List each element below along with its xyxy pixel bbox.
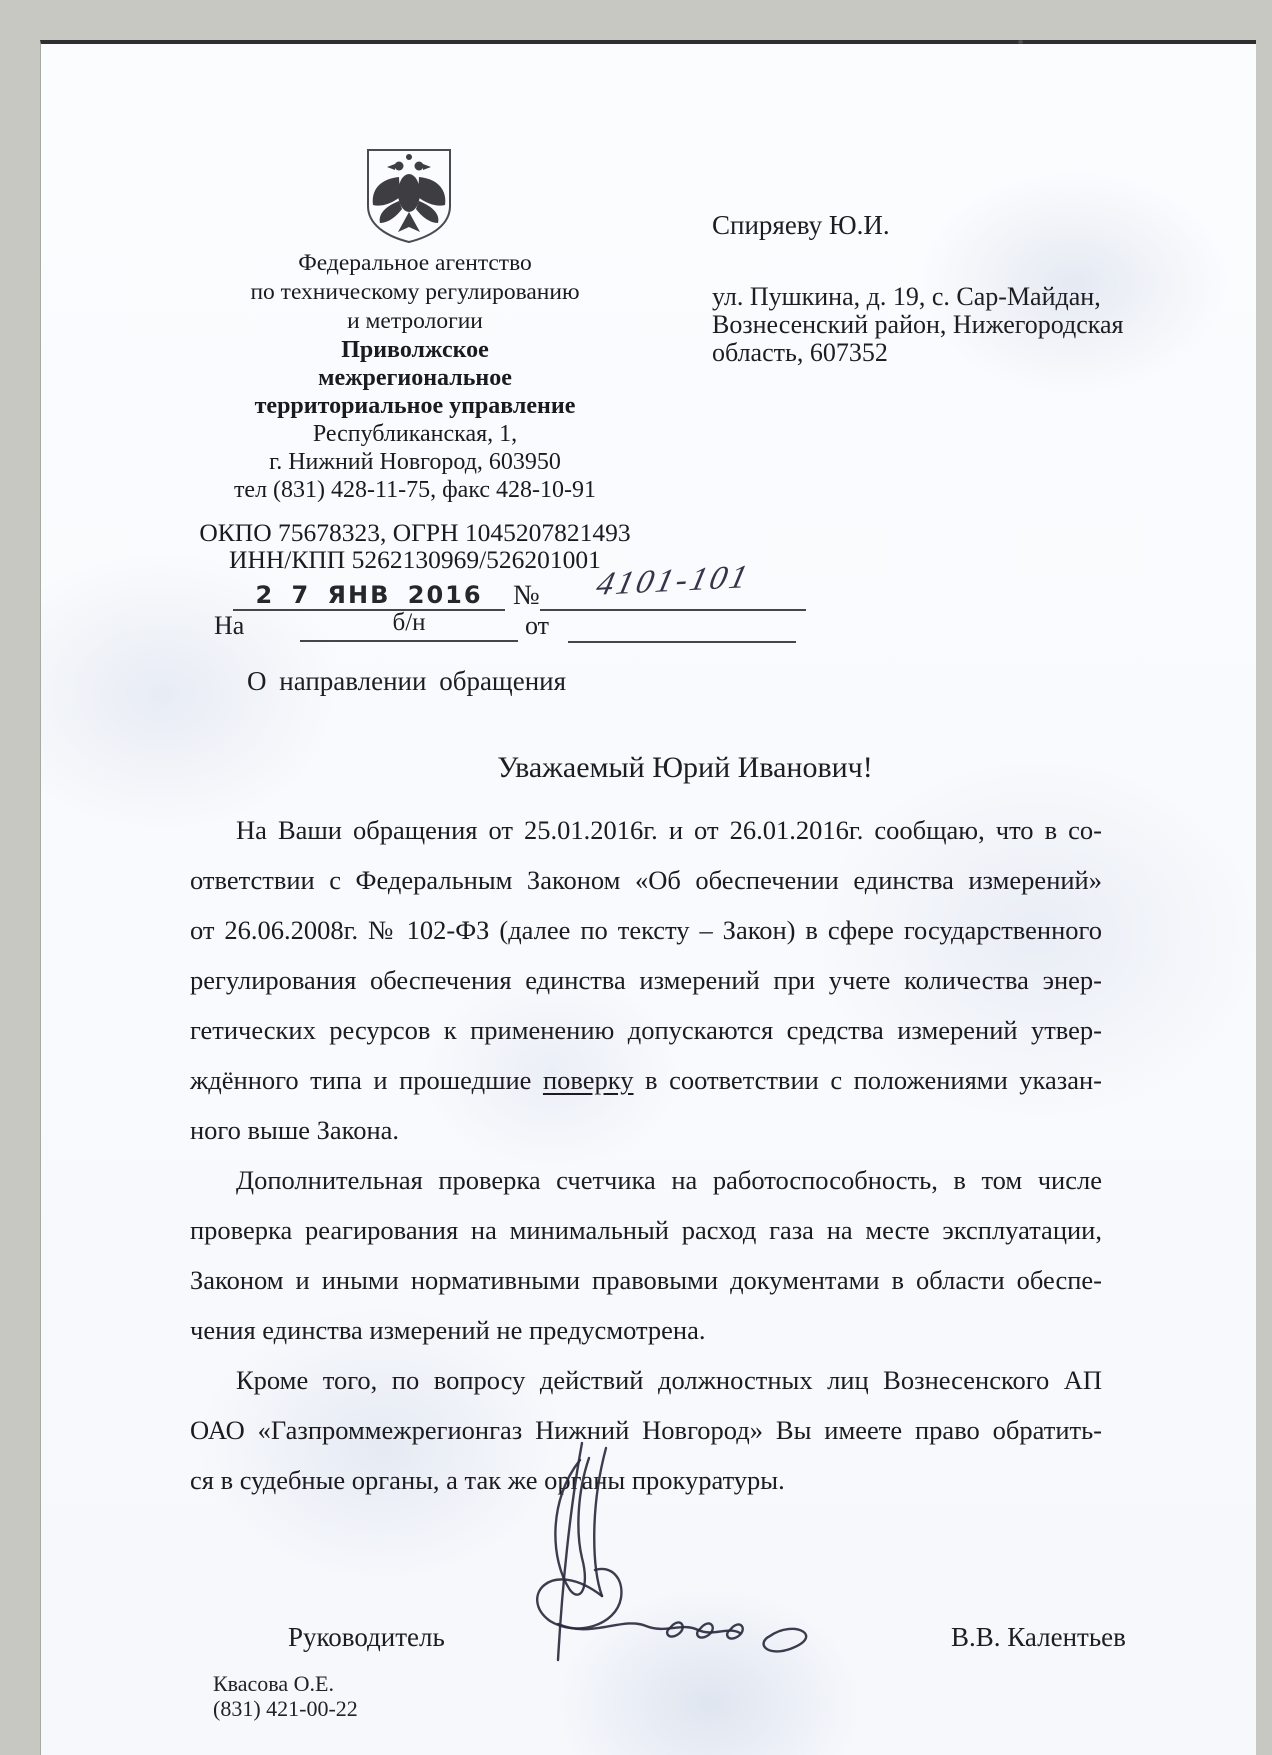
body-line: На Ваши обращения от 25.01.2016г. и от 2… [190, 805, 1102, 855]
agency-name-line: и метрологии [175, 307, 655, 336]
body-line: Кроме того, по вопросу действий должност… [190, 1355, 1102, 1405]
body-line: ного выше Закона. [190, 1105, 1102, 1155]
body-line: гетических ресурсов к применению допуска… [190, 1005, 1102, 1055]
division-name-line: межрегиональное [175, 364, 655, 392]
body-line: ждённого типа и прошедшие поверку в соот… [190, 1055, 1102, 1105]
agency-name-line: Федеральное агентство [175, 249, 655, 278]
handwritten-signature [430, 1438, 830, 1673]
from-date-blank-line [568, 610, 796, 643]
date-stamp: 2 7 ЯНВ 2016 [233, 581, 505, 611]
signer-name: В.В. Калентьев [951, 1622, 1126, 1653]
agency-name-line: по техническому регулированию [175, 278, 655, 307]
sender-address-line: Республиканская, 1, [175, 420, 655, 448]
sender-address-line: г. Нижний Новгород, 603950 [175, 448, 655, 476]
executor-block: Квасова О.Е. (831) 421-00-22 [213, 1671, 358, 1721]
from-date-label: от [525, 611, 549, 641]
signer-role: Руководитель [288, 1622, 445, 1653]
scanned-letter: Федеральное агентство по техническому ре… [0, 0, 1272, 1755]
recipient-address-line: ул. Пушкина, д. 19, с. Сар-Майдан, [712, 283, 1124, 311]
executor-name: Квасова О.Е. [213, 1671, 358, 1696]
handwritten-number: 4101-101 [592, 559, 753, 604]
outgoing-number-field: 4101-101 [540, 563, 806, 611]
body-line: чения единства измерений не предусмотрен… [190, 1305, 1102, 1355]
letterhead: Федеральное агентство по техническому ре… [175, 249, 655, 504]
letter-body: На Ваши обращения от 25.01.2016г. и от 2… [190, 805, 1102, 1505]
division-name-line: Приволжское [175, 336, 655, 364]
body-line-segment: в соответствии с положениями указан- [634, 1065, 1102, 1095]
sender-phone-line: тел (831) 428-11-75, факс 428-10-91 [175, 476, 655, 504]
reply-to-label: На [214, 611, 244, 641]
body-line: от 26.06.2008г. № 102-ФЗ (далее по текст… [190, 905, 1102, 955]
body-line: регулирования обеспечения единства измер… [190, 955, 1102, 1005]
executor-phone: (831) 421-00-22 [213, 1696, 358, 1721]
body-line: Дополнительная проверка счетчика на рабо… [190, 1155, 1102, 1205]
body-line-segment: ждённого типа и прошедшие [190, 1065, 543, 1095]
recipient-name: Спиряеву Ю.И. [712, 210, 890, 241]
russia-coat-of-arms-icon [358, 146, 460, 246]
okpo-ogrn-line: ОКПО 75678323, ОГРН 1045207821493 [155, 519, 675, 546]
salutation: Уважаемый Юрий Иванович! [190, 751, 1100, 785]
recipient-address-line: область, 607352 [712, 339, 1124, 367]
body-line: Законом и иными нормативными правовыми д… [190, 1255, 1102, 1305]
body-line: проверка реагирования на минимальный рас… [190, 1205, 1102, 1255]
recipient-address-line: Вознесенский район, Нижегородская [712, 311, 1124, 339]
number-sign: № [513, 580, 540, 612]
recipient-address: ул. Пушкина, д. 19, с. Сар-Майдан, Возне… [712, 283, 1124, 367]
division-name-line: территориальное управление [175, 392, 655, 420]
body-line: ответствии с Федеральным Законом «Об обе… [190, 855, 1102, 905]
scan-speck [1018, 40, 1023, 44]
reply-to-number: б/н [300, 609, 518, 642]
underlined-word: поверку [543, 1065, 634, 1095]
subject-line: О направлении обращения [247, 666, 566, 697]
